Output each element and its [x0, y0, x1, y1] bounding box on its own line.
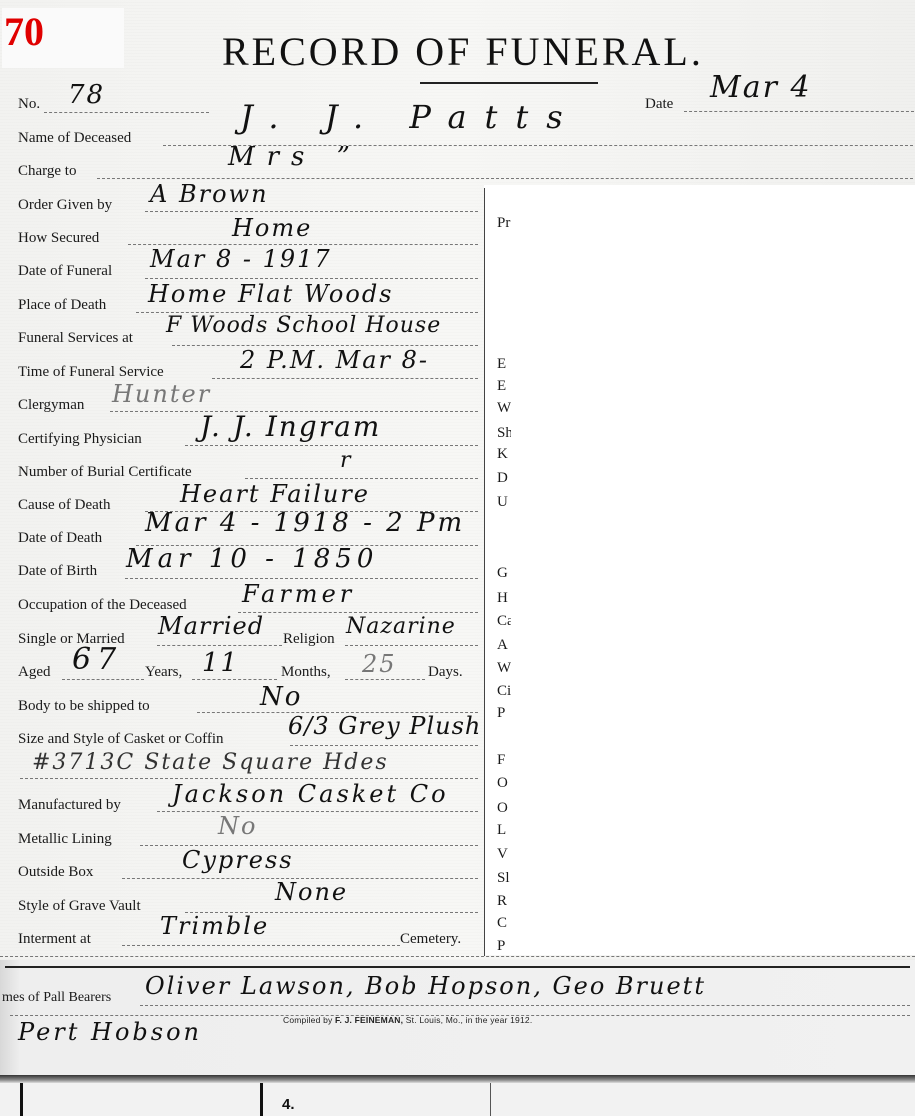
casket-value-line2: #3713C State Square Hdes — [32, 750, 389, 775]
date-of-death-label: Date of Death — [18, 530, 102, 546]
right-col-letter: W — [497, 660, 511, 677]
record-number-label: No. — [18, 96, 40, 112]
time-of-funeral-service-line — [212, 378, 478, 379]
place-of-death-label: Place of Death — [18, 297, 106, 313]
metallic-lining-label: Metallic Lining — [18, 831, 112, 847]
outside-box-row: Outside Box — [18, 864, 93, 888]
charge-to-row: Charge to — [18, 163, 76, 187]
aged-months-line — [192, 679, 277, 680]
how-secured-row: How Secured — [18, 230, 99, 254]
certifying-physician-label: Certifying Physician — [18, 431, 142, 447]
cemetery-suffix: Cemetery. — [400, 931, 461, 947]
right-col-letter: F — [497, 752, 511, 769]
how-secured-label: How Secured — [18, 230, 99, 246]
date-of-birth-label: Date of Birth — [18, 563, 97, 579]
grave-vault-value: None — [275, 878, 348, 906]
imprint-name: F. J. FEINEMAN, — [335, 1015, 403, 1025]
right-col-letter: O — [497, 775, 511, 792]
printer-imprint: Compiled by F. J. FEINEMAN, St. Louis, M… — [283, 1015, 532, 1025]
casket-line — [290, 745, 478, 746]
date-value: Mar 4 — [710, 70, 812, 105]
title-underline — [420, 82, 598, 84]
time-of-funeral-service-value: 2 P.M. Mar 8- — [240, 346, 429, 374]
days-label: Days. — [428, 664, 463, 680]
right-col-letter: P — [497, 938, 511, 955]
occupation-line — [238, 612, 478, 613]
pall-bearers-line — [140, 1005, 910, 1006]
right-col-letter: P — [497, 705, 511, 722]
cause-of-death-value: Heart Failure — [180, 480, 370, 508]
order-given-by-line — [145, 211, 478, 212]
date-of-death-value: Mar 4 - 1918 - 2 Pm — [145, 508, 465, 538]
name-of-deceased-label: Name of Deceased — [18, 130, 131, 146]
right-col-letter: Pr — [497, 215, 511, 232]
date-of-birth-line — [125, 578, 478, 579]
pall-bearers-label: mes of Pall Bearers — [2, 990, 111, 1005]
casket-label: Size and Style of Casket or Coffin — [18, 731, 224, 747]
certifying-physician-line — [185, 445, 478, 446]
section-separator-dotted — [0, 956, 915, 957]
date-of-funeral-row: Date of Funeral — [18, 263, 112, 287]
right-section-panel — [484, 185, 915, 955]
cause-of-death-label: Cause of Death — [18, 497, 110, 513]
date-of-funeral-label: Date of Funeral — [18, 263, 112, 279]
charge-to-value: Mrs ” — [228, 142, 362, 172]
burial-certificate-line — [245, 478, 478, 479]
days-label-wrap: Days. — [428, 664, 463, 688]
right-col-letter: L — [497, 822, 511, 839]
page-number: 70 — [2, 8, 124, 68]
right-col-letter: Sh — [497, 425, 511, 442]
order-given-by-row: Order Given by — [18, 197, 112, 221]
right-col-letter: D — [497, 470, 511, 487]
right-col-letter: H — [497, 590, 511, 607]
date-row: Date — [645, 96, 673, 120]
how-secured-value: Home — [232, 214, 312, 242]
funeral-record-page: 70 RECORD OF FUNERAL. No. 78 Date Mar 4 … — [0, 0, 915, 1116]
right-col-letter: G — [497, 565, 511, 582]
page-fold-shadow — [0, 1075, 915, 1083]
right-col-letter: Ca — [497, 613, 511, 630]
religion-line — [345, 645, 478, 646]
name-of-deceased-value: J. J. Patts — [240, 98, 581, 136]
metallic-lining-row: Metallic Lining — [18, 831, 112, 855]
pall-bearers-row: mes of Pall Bearers — [2, 990, 111, 1014]
place-of-death-row: Place of Death — [18, 297, 106, 321]
interment-row: Interment at — [18, 931, 91, 955]
religion-row: Religion — [283, 631, 335, 655]
document-title: RECORD OF FUNERAL. — [222, 28, 704, 75]
outside-box-label: Outside Box — [18, 864, 93, 880]
years-label-wrap: Years, — [145, 664, 182, 688]
burial-certificate-row: Number of Burial Certificate — [18, 464, 192, 488]
body-shipped-label: Body to be shipped to — [18, 698, 150, 714]
interment-value: Trimble — [160, 912, 269, 940]
interment-label: Interment at — [18, 931, 91, 947]
aged-days-value: 25 — [362, 650, 397, 678]
clergyman-label: Clergyman — [18, 397, 84, 413]
body-shipped-value: No — [260, 682, 302, 712]
date-of-birth-row: Date of Birth — [18, 563, 97, 587]
clergyman-row: Clergyman — [18, 397, 84, 421]
order-given-by-label: Order Given by — [18, 197, 112, 213]
grave-vault-label: Style of Grave Vault — [18, 898, 141, 914]
religion-label: Religion — [283, 631, 335, 647]
years-label: Years, — [145, 664, 182, 680]
manufactured-by-line — [157, 811, 478, 812]
imprint-suffix: St. Louis, Mo., in the year 1912. — [406, 1015, 533, 1025]
record-number-line — [44, 112, 209, 113]
casket-value: 6/3 Grey Plush — [288, 712, 481, 740]
metallic-lining-value: No — [218, 812, 257, 840]
right-col-letter: E — [497, 378, 511, 395]
cause-of-death-row: Cause of Death — [18, 497, 110, 521]
right-col-letter: K — [497, 446, 511, 463]
date-label: Date — [645, 96, 673, 112]
interment-line — [122, 945, 400, 946]
date-of-death-row: Date of Death — [18, 530, 102, 554]
footer-divider — [260, 1083, 263, 1116]
aged-row: Aged — [18, 664, 51, 688]
clergyman-value: Hunter — [112, 380, 211, 408]
imprint-prefix: Compiled by — [283, 1015, 332, 1025]
footer-section-number: 4. — [282, 1096, 295, 1113]
place-of-death-value: Home Flat Woods — [148, 280, 394, 308]
footer-divider — [490, 1083, 491, 1116]
marital-status-line — [157, 645, 282, 646]
right-col-letter: A — [497, 637, 511, 654]
right-col-letter: O — [497, 800, 511, 817]
funeral-services-at-label: Funeral Services at — [18, 330, 133, 346]
right-col-letter: W — [497, 400, 511, 417]
aged-label: Aged — [18, 664, 51, 680]
aged-years-line — [62, 679, 144, 680]
footer-divider — [20, 1083, 23, 1116]
manufactured-by-row: Manufactured by — [18, 797, 121, 821]
next-form-strip — [0, 1083, 915, 1116]
body-shipped-row: Body to be shipped to — [18, 698, 150, 722]
time-of-funeral-service-label: Time of Funeral Service — [18, 364, 164, 380]
column-divider — [484, 188, 486, 956]
burial-certificate-value: r — [340, 448, 353, 473]
occupation-value: Farmer — [242, 580, 355, 608]
right-col-letter: E — [497, 356, 511, 373]
manufactured-by-value: Jackson Casket Co — [172, 780, 449, 808]
manufactured-by-label: Manufactured by — [18, 797, 121, 813]
months-label: Months, — [281, 664, 331, 680]
order-given-by-value: A Brown — [150, 180, 269, 208]
name-of-deceased-row: Name of Deceased — [18, 130, 131, 154]
right-col-letter: V — [497, 846, 511, 863]
certifying-physician-row: Certifying Physician — [18, 431, 142, 455]
charge-to-label: Charge to — [18, 163, 76, 179]
date-of-birth-value: Mar 10 - 1850 — [126, 544, 378, 574]
casket-line-2 — [20, 778, 478, 779]
burial-certificate-label: Number of Burial Certificate — [18, 464, 192, 480]
religion-value: Nazarine — [346, 614, 456, 639]
date-of-funeral-line — [145, 278, 478, 279]
section-separator-rule — [5, 966, 910, 968]
right-col-letter: Ci — [497, 683, 511, 700]
aged-years-value: 67 — [72, 642, 122, 677]
funeral-services-at-row: Funeral Services at — [18, 330, 133, 354]
grave-vault-row: Style of Grave Vault — [18, 898, 141, 922]
cemetery-suffix-wrap: Cemetery. — [400, 931, 461, 955]
right-col-letter: C — [497, 915, 511, 932]
pall-bearers-value-line2: Pert Hobson — [18, 1018, 202, 1046]
right-col-letter: R — [497, 893, 511, 910]
certifying-physician-value: J. J. Ingram — [200, 410, 381, 443]
occupation-label: Occupation of the Deceased — [18, 597, 187, 613]
right-col-letter: U — [497, 494, 511, 511]
date-of-funeral-value: Mar 8 - 1917 — [150, 245, 332, 273]
marital-status-value: Married — [158, 612, 264, 640]
charge-to-line — [97, 178, 913, 179]
aged-days-line — [345, 679, 425, 680]
pall-bearers-value-line1: Oliver Lawson, Bob Hopson, Geo Bruett — [145, 972, 706, 1000]
outside-box-value: Cypress — [182, 846, 294, 874]
date-line — [684, 111, 914, 112]
record-number-value: 78 — [68, 80, 105, 110]
aged-months-value: 11 — [202, 648, 239, 678]
record-number-row: No. — [18, 96, 40, 120]
funeral-services-at-value: F Woods School House — [166, 313, 441, 338]
right-col-letter: Sl — [497, 870, 511, 887]
